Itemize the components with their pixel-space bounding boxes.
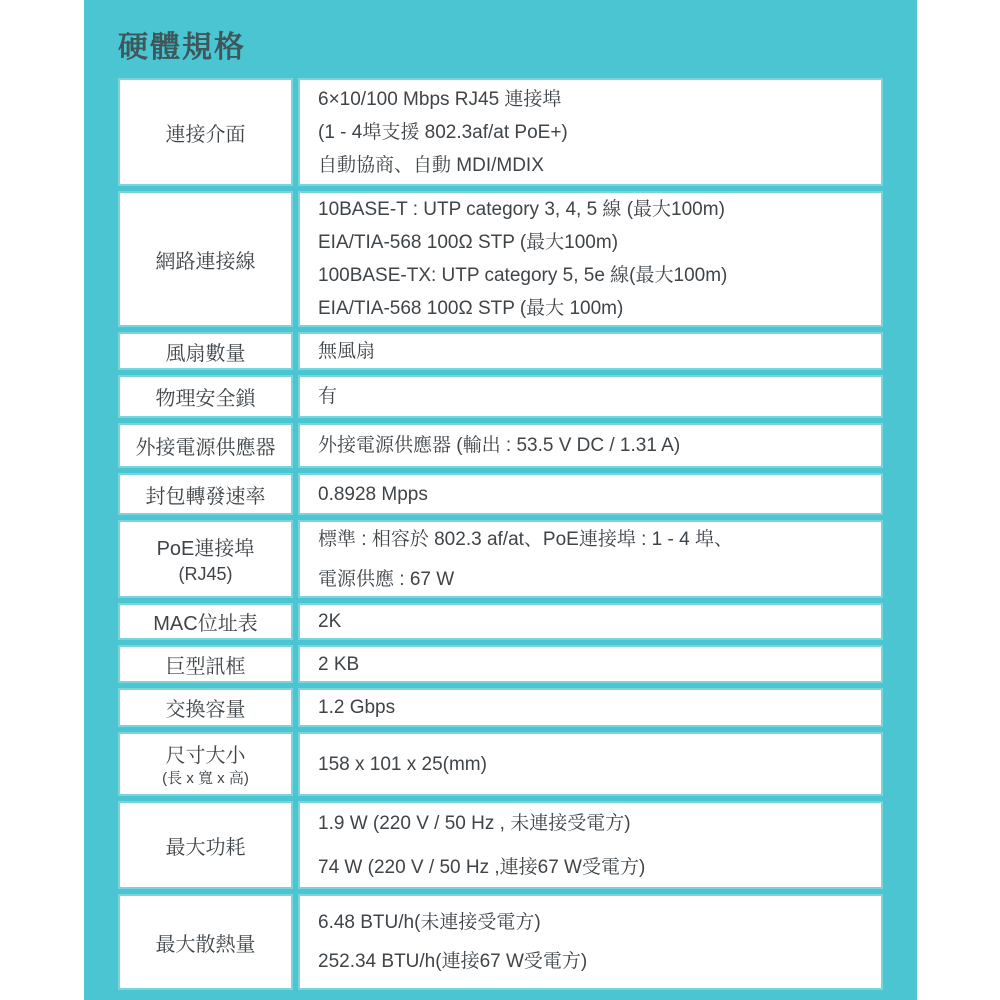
spec-value-line: 10BASE-T : UTP category 3, 4, 5 線 (最大100… [318, 193, 873, 226]
spec-value-line: 6.48 BTU/h(未連接受電方) [318, 906, 873, 939]
spec-label-cell: 交換容量 [118, 688, 293, 727]
spec-value-line: 無風扇 [318, 335, 873, 368]
spec-value-line: 1.9 W (220 V / 50 Hz , 未連接受電方) [318, 807, 873, 840]
spec-value-cell: 1.2 Gbps [298, 688, 883, 727]
spec-label: 封包轉發速率 [146, 480, 266, 509]
spec-value-line: EIA/TIA-568 100Ω STP (最大100m) [318, 226, 873, 259]
spec-label: 巨型訊框 [166, 650, 246, 679]
spec-label: 外接電源供應器 [136, 431, 276, 460]
spec-value-line: 2 KB [318, 648, 873, 681]
spec-row: 最大散熱量 6.48 BTU/h(未連接受電方)252.34 BTU/h(連接6… [118, 894, 883, 990]
spec-value-cell: 2K [298, 603, 883, 640]
spec-row: 外接電源供應器 外接電源供應器 (輸出 : 53.5 V DC / 1.31 A… [118, 423, 883, 468]
spec-label-cell: 巨型訊框 [118, 645, 293, 683]
spec-label: PoE連接埠 [157, 532, 255, 561]
spec-row: 網路連接線 10BASE-T : UTP category 3, 4, 5 線 … [118, 191, 883, 327]
spec-label-cell: 最大散熱量 [118, 894, 293, 990]
spec-value-cell: 有 [298, 375, 883, 418]
spec-value-line: 電源供應 : 67 W [318, 563, 873, 596]
spec-value-line: 100BASE-TX: UTP category 5, 5e 線(最大100m) [318, 259, 873, 292]
spec-row: PoE連接埠 (RJ45) 標準 : 相容於 802.3 af/at、PoE連接… [118, 520, 883, 598]
spec-row: 交換容量 1.2 Gbps [118, 688, 883, 727]
spec-value-line: 6×10/100 Mbps RJ45 連接埠 [318, 83, 873, 116]
spec-value-line: 74 W (220 V / 50 Hz ,連接67 W受電方) [318, 851, 873, 884]
spec-value-cell: 6×10/100 Mbps RJ45 連接埠(1 - 4埠支援 802.3af/… [298, 78, 883, 186]
spec-label-cell: 封包轉發速率 [118, 473, 293, 515]
spec-label-cell: 外接電源供應器 [118, 423, 293, 468]
spec-value-line: 自動協商、自動 MDI/MDIX [318, 149, 873, 182]
spec-value-cell: 1.9 W (220 V / 50 Hz , 未連接受電方)74 W (220 … [298, 801, 883, 889]
spec-row: 連接介面 6×10/100 Mbps RJ45 連接埠(1 - 4埠支援 802… [118, 78, 883, 186]
spec-value-line: 標準 : 相容於 802.3 af/at、PoE連接埠 : 1 - 4 埠、 [318, 523, 873, 556]
spec-value-cell: 0.8928 Mpps [298, 473, 883, 515]
spec-label: 風扇數量 [166, 337, 246, 366]
page-title: 硬體規格 [118, 22, 883, 66]
spec-label-cell: PoE連接埠 (RJ45) [118, 520, 293, 598]
spec-value-line: 0.8928 Mpps [318, 478, 873, 511]
spec-label-sub: (長 x 寬 x 高) [162, 769, 249, 789]
spec-value-line: 158 x 101 x 25(mm) [318, 748, 873, 781]
spec-row: 物理安全鎖 有 [118, 375, 883, 418]
spec-row: MAC位址表 2K [118, 603, 883, 640]
spec-label: 最大功耗 [166, 831, 246, 860]
spec-value-line: 外接電源供應器 (輸出 : 53.5 V DC / 1.31 A) [318, 429, 873, 462]
spec-value-line: 2K [318, 605, 873, 638]
spec-label: 尺寸大小 [166, 739, 246, 768]
spec-label-cell: 網路連接線 [118, 191, 293, 327]
spec-label-cell: 最大功耗 [118, 801, 293, 889]
spec-label-sub: (RJ45) [178, 561, 232, 587]
spec-table: 連接介面 6×10/100 Mbps RJ45 連接埠(1 - 4埠支援 802… [118, 78, 883, 990]
spec-label-cell: MAC位址表 [118, 603, 293, 640]
spec-row: 巨型訊框 2 KB [118, 645, 883, 683]
spec-value-cell: 無風扇 [298, 332, 883, 370]
spec-label: 網路連接線 [156, 245, 256, 274]
spec-label: MAC位址表 [153, 607, 257, 636]
spec-row: 封包轉發速率 0.8928 Mpps [118, 473, 883, 515]
spec-label: 交換容量 [166, 693, 246, 722]
spec-value-line: 有 [318, 380, 873, 413]
spec-label: 物理安全鎖 [156, 382, 256, 411]
spec-value-cell: 標準 : 相容於 802.3 af/at、PoE連接埠 : 1 - 4 埠、電源… [298, 520, 883, 598]
spec-value-line: 1.2 Gbps [318, 691, 873, 724]
spec-value-line: EIA/TIA-568 100Ω STP (最大 100m) [318, 292, 873, 325]
spec-panel: 硬體規格 連接介面 6×10/100 Mbps RJ45 連接埠(1 - 4埠支… [84, 0, 917, 1000]
spec-value-cell: 2 KB [298, 645, 883, 683]
spec-label: 最大散熱量 [156, 928, 256, 957]
spec-value-cell: 158 x 101 x 25(mm) [298, 732, 883, 796]
spec-value-line: 252.34 BTU/h(連接67 W受電方) [318, 945, 873, 978]
spec-row: 最大功耗 1.9 W (220 V / 50 Hz , 未連接受電方)74 W … [118, 801, 883, 889]
spec-row: 尺寸大小 (長 x 寬 x 高) 158 x 101 x 25(mm) [118, 732, 883, 796]
spec-label-cell: 物理安全鎖 [118, 375, 293, 418]
spec-label-cell: 尺寸大小 (長 x 寬 x 高) [118, 732, 293, 796]
spec-label-cell: 風扇數量 [118, 332, 293, 370]
spec-value-line: (1 - 4埠支援 802.3af/at PoE+) [318, 116, 873, 149]
spec-row: 風扇數量 無風扇 [118, 332, 883, 370]
spec-value-cell: 10BASE-T : UTP category 3, 4, 5 線 (最大100… [298, 191, 883, 327]
spec-value-cell: 外接電源供應器 (輸出 : 53.5 V DC / 1.31 A) [298, 423, 883, 468]
spec-label: 連接介面 [166, 118, 246, 147]
spec-label-cell: 連接介面 [118, 78, 293, 186]
spec-value-cell: 6.48 BTU/h(未連接受電方)252.34 BTU/h(連接67 W受電方… [298, 894, 883, 990]
